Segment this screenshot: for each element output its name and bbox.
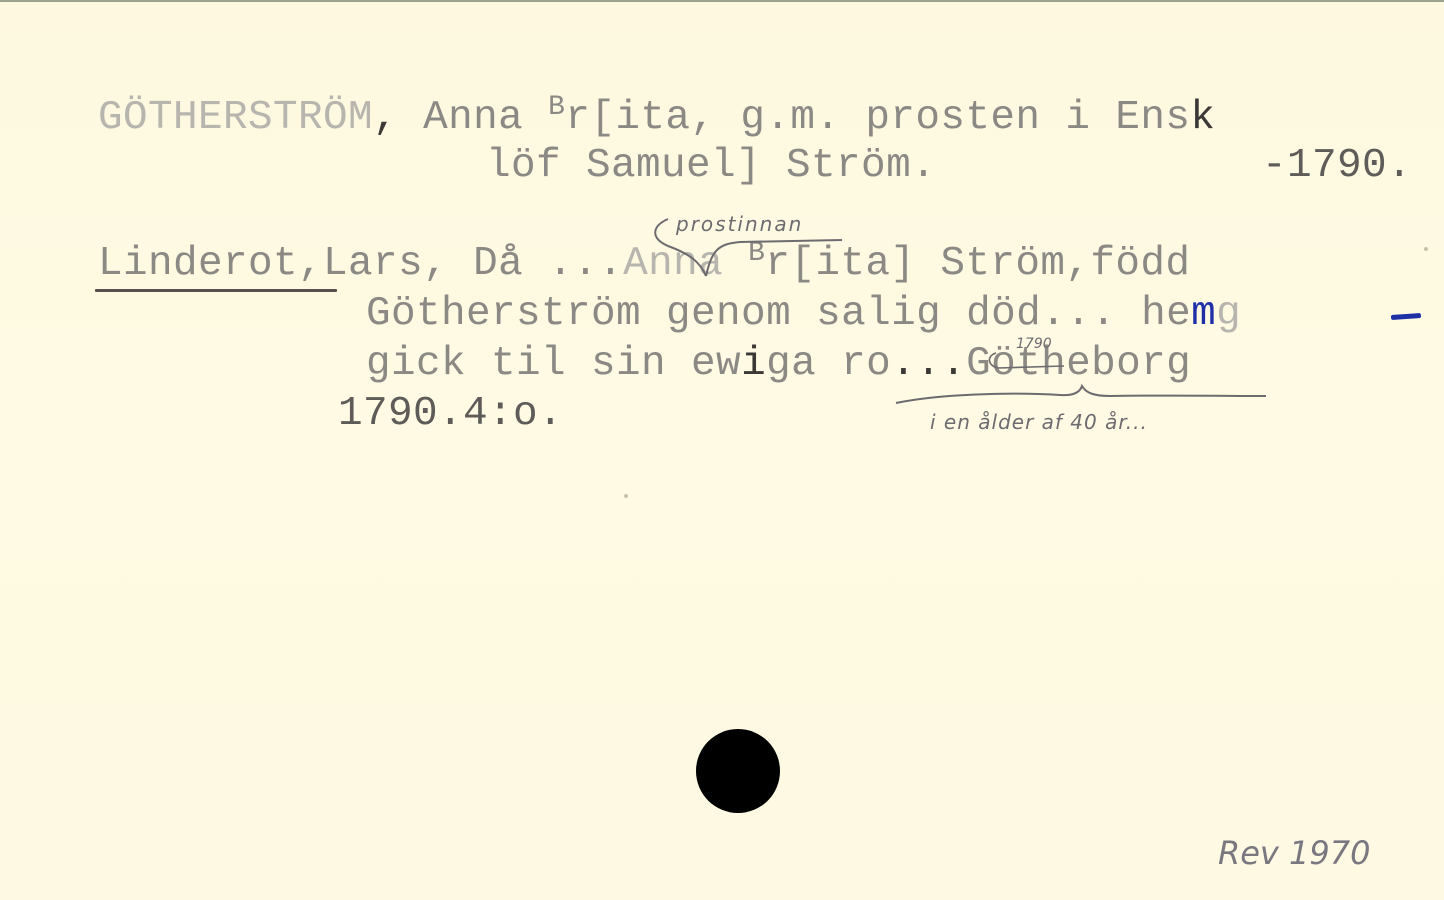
entry-1-year: -1790. (1262, 142, 1412, 190)
entry-2-line-2-text: Götherström genom salig död... he (366, 291, 1191, 337)
index-card: GÖTHERSTRÖM, Anna Br[ita, g.m. prosten i… (0, 0, 1444, 900)
handwritten-year-insert: 1790 (1016, 336, 1052, 352)
entry-2-ellipsis: ... (891, 341, 966, 387)
entry-2-place: Götheborg (966, 341, 1191, 387)
blue-hyphen-mark (1391, 313, 1421, 320)
entry-1-br-superscript: B (548, 92, 565, 123)
entry-2-br-superscript: B (748, 238, 765, 269)
overstrike-i: i (741, 341, 766, 387)
card-top-edge (0, 0, 1444, 2)
entry-2-source: 1790.4:o. (338, 390, 563, 438)
entry-2-line-2-cut: g (1216, 291, 1241, 337)
paper-speck (624, 494, 628, 498)
punch-hole (696, 729, 780, 813)
entry-2-line-3-b: ga ro (766, 341, 891, 387)
handwritten-prostinnan: prostinnan (676, 212, 803, 236)
handwritten-age-note: i en ålder af 40 år... (930, 410, 1148, 434)
curly-brace-stroke (896, 386, 1266, 403)
entry-2-surname: Linderot (98, 241, 298, 287)
surname-underline (95, 289, 337, 292)
entry-1-line-2-text: löf Samuel] Ström. (486, 143, 936, 189)
entry-1-line-2: löf Samuel] Ström. (486, 142, 936, 190)
blue-ink-correction: m (1191, 291, 1216, 337)
entry-1-surname: GÖTHERSTRÖM (98, 95, 373, 141)
entry-2-line-1: Linderot,Lars, Då ...Anna Br[ita] Ström,… (98, 240, 1190, 288)
entry-1-given-name: Anna (423, 95, 548, 141)
paper-speck (1424, 247, 1428, 251)
revision-note: Rev 1970 (1218, 834, 1370, 872)
entry-2-line-1-a: ,Lars, Då ... (298, 241, 623, 287)
entry-2-line-3-a: gick til sin ew (366, 341, 741, 387)
entry-1-comma: , (373, 95, 398, 141)
entry-1-line-1-rest: r[ita, g.m. prosten i Ens (565, 95, 1190, 141)
entry-1-line-1: GÖTHERSTRÖM, Anna Br[ita, g.m. prosten i… (98, 94, 1215, 142)
entry-2-line-3: gick til sin ewiga ro...Götheborg (366, 340, 1191, 388)
entry-2-anna: Anna (623, 241, 748, 287)
entry-2-line-2: Götherström genom salig död... hemg (366, 290, 1241, 338)
entry-1-cut-char: k (1190, 95, 1215, 141)
entry-2-line-1-rest: r[ita] Ström,född (765, 241, 1190, 287)
